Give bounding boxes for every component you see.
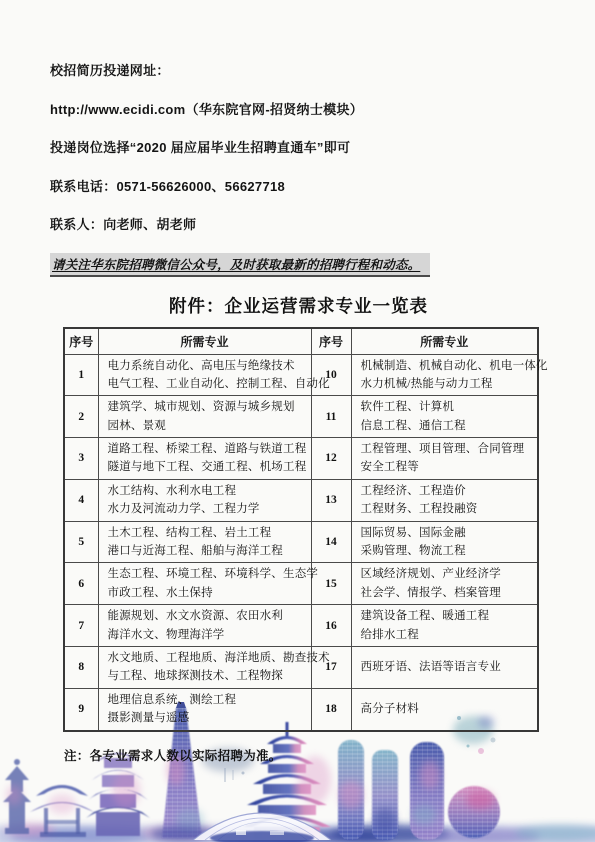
major-line: 道路工程、桥梁工程、道路与铁道工程 bbox=[108, 440, 307, 458]
major-cell: 地理信息系统、测绘工程摄影测量与遥感 bbox=[98, 688, 311, 730]
row-number-cell: 16 bbox=[311, 605, 351, 647]
major-line: 国际贸易、国际金融 bbox=[361, 524, 534, 542]
row-number-cell: 2 bbox=[64, 396, 98, 438]
table-note: 注：各专业需求人数以实际招聘为准。 bbox=[64, 746, 547, 764]
row-number-cell: 18 bbox=[311, 688, 351, 730]
row-number-cell: 1 bbox=[64, 354, 98, 396]
major-cell: 生态工程、环境工程、环境科学、生态学市政工程、水土保持 bbox=[98, 563, 311, 605]
major-line: 建筑设备工程、暖通工程 bbox=[361, 607, 534, 625]
major-cell: 软件工程、计算机信息工程、通信工程 bbox=[351, 396, 538, 438]
wechat-notice-wrap: 请关注华东院招聘微信公众号，及时获取最新的招聘行程和动态。 bbox=[50, 253, 547, 277]
header-serial-left: 序号 bbox=[64, 328, 98, 355]
resume-site-url: http://www.ecidi.com（华东院官网-招贤纳士模块） bbox=[50, 99, 547, 118]
major-cell: 土木工程、结构工程、岩土工程港口与近海工程、船舶与海洋工程 bbox=[98, 521, 311, 563]
major-line: 工程经济、工程造价 bbox=[361, 482, 534, 500]
major-line: 水力机械/热能与动力工程 bbox=[361, 375, 534, 393]
major-cell: 水文地质、工程地质、海洋地质、勘查技术与工程、地球探测技术、工程物探 bbox=[98, 646, 311, 688]
table-row: 4水工结构、水利水电工程水力及河流动力学、工程力学13工程经济、工程造价工程财务… bbox=[64, 479, 538, 521]
globe-building bbox=[448, 786, 500, 838]
major-line: 水文地质、工程地质、海洋地质、勘查技术 bbox=[108, 649, 307, 667]
major-line: 采购管理、物流工程 bbox=[361, 542, 534, 560]
major-line: 市政工程、水土保持 bbox=[108, 584, 307, 602]
row-number-cell: 5 bbox=[64, 521, 98, 563]
table-row: 8水文地质、工程地质、海洋地质、勘查技术与工程、地球探测技术、工程物探17西班牙… bbox=[64, 646, 538, 688]
major-cell: 区域经济规划、产业经济学社会学、情报学、档案管理 bbox=[351, 563, 538, 605]
major-line: 地理信息系统、测绘工程 bbox=[108, 691, 307, 709]
table-header-row: 序号 所需专业 序号 所需专业 bbox=[64, 328, 538, 355]
table-row: 6生态工程、环境工程、环境科学、生态学市政工程、水土保持15区域经济规划、产业经… bbox=[64, 563, 538, 605]
row-number-cell: 4 bbox=[64, 479, 98, 521]
table-row: 7能源规划、水文水资源、农田水利海洋水文、物理海洋学16建筑设备工程、暖通工程给… bbox=[64, 605, 538, 647]
major-line: 能源规划、水文水资源、农田水利 bbox=[108, 607, 307, 625]
major-cell: 高分子材料 bbox=[351, 688, 538, 730]
major-line: 安全工程等 bbox=[361, 458, 534, 476]
majors-table-body: 1电力系统自动化、高电压与绝缘技术电气工程、工业自动化、控制工程、自动化10机械… bbox=[64, 354, 538, 731]
resume-site-label: 校招简历投递网址： bbox=[50, 60, 547, 79]
major-cell: 机械制造、机械自动化、机电一体化水力机械/热能与动力工程 bbox=[351, 354, 538, 396]
table-row: 1电力系统自动化、高电压与绝缘技术电气工程、工业自动化、控制工程、自动化10机械… bbox=[64, 354, 538, 396]
major-line: 工程管理、项目管理、合同管理 bbox=[361, 440, 534, 458]
major-cell: 道路工程、桥梁工程、道路与铁道工程隧道与地下工程、交通工程、机场工程 bbox=[98, 438, 311, 480]
major-line: 电气工程、工业自动化、控制工程、自动化 bbox=[108, 375, 307, 393]
row-number-cell: 11 bbox=[311, 396, 351, 438]
header-serial-right: 序号 bbox=[311, 328, 351, 355]
table-row: 9地理信息系统、测绘工程摄影测量与遥感18高分子材料 bbox=[64, 688, 538, 730]
major-line: 水力及河流动力学、工程力学 bbox=[108, 500, 307, 518]
major-cell: 水工结构、水利水电工程水力及河流动力学、工程力学 bbox=[98, 479, 311, 521]
header-major-left: 所需专业 bbox=[98, 328, 311, 355]
major-line: 高分子材料 bbox=[361, 700, 534, 718]
arch-stadium bbox=[193, 813, 331, 842]
major-line: 园林、景观 bbox=[108, 417, 307, 435]
row-number-cell: 3 bbox=[64, 438, 98, 480]
major-cell: 建筑设备工程、暖通工程给排水工程 bbox=[351, 605, 538, 647]
major-cell: 西班牙语、法语等语言专业 bbox=[351, 646, 538, 688]
table-title: 附件：企业运营需求专业一览表 bbox=[50, 293, 547, 318]
wechat-notice-highlight: 请关注华东院招聘微信公众号，及时获取最新的招聘行程和动态。 bbox=[50, 253, 430, 277]
major-line: 海洋水文、物理海洋学 bbox=[108, 626, 307, 644]
major-line: 与工程、地球探测技术、工程物探 bbox=[108, 667, 307, 685]
major-line: 信息工程、通信工程 bbox=[361, 417, 534, 435]
majors-table: 序号 所需专业 序号 所需专业 1电力系统自动化、高电压与绝缘技术电气工程、工业… bbox=[63, 327, 539, 732]
major-cell: 电力系统自动化、高电压与绝缘技术电气工程、工业自动化、控制工程、自动化 bbox=[98, 354, 311, 396]
major-line: 机械制造、机械自动化、机电一体化 bbox=[361, 357, 534, 375]
major-line: 社会学、情报学、档案管理 bbox=[361, 584, 534, 602]
row-number-cell: 7 bbox=[64, 605, 98, 647]
document-page: 校招简历投递网址： http://www.ecidi.com（华东院官网-招贤纳… bbox=[0, 0, 595, 842]
row-number-cell: 12 bbox=[311, 438, 351, 480]
major-cell: 工程管理、项目管理、合同管理安全工程等 bbox=[351, 438, 538, 480]
row-number-cell: 9 bbox=[64, 688, 98, 730]
row-number-cell: 13 bbox=[311, 479, 351, 521]
major-cell: 建筑学、城市规划、资源与城乡规划园林、景观 bbox=[98, 396, 311, 438]
major-line: 土木工程、结构工程、岩土工程 bbox=[108, 524, 307, 542]
contact-person: 联系人：向老师、胡老师 bbox=[50, 214, 547, 233]
major-line: 区域经济规划、产业经济学 bbox=[361, 565, 534, 583]
major-line: 给排水工程 bbox=[361, 626, 534, 644]
header-major-right: 所需专业 bbox=[351, 328, 538, 355]
row-number-cell: 14 bbox=[311, 521, 351, 563]
row-number-cell: 8 bbox=[64, 646, 98, 688]
major-line: 工程财务、工程投融资 bbox=[361, 500, 534, 518]
major-line: 港口与近海工程、船舶与海洋工程 bbox=[108, 542, 307, 560]
major-line: 建筑学、城市规划、资源与城乡规划 bbox=[108, 398, 307, 416]
major-line: 摄影测量与遥感 bbox=[108, 709, 307, 727]
major-cell: 国际贸易、国际金融采购管理、物流工程 bbox=[351, 521, 538, 563]
major-line: 隧道与地下工程、交通工程、机场工程 bbox=[108, 458, 307, 476]
table-row: 2建筑学、城市规划、资源与城乡规划园林、景观11软件工程、计算机信息工程、通信工… bbox=[64, 396, 538, 438]
major-line: 软件工程、计算机 bbox=[361, 398, 534, 416]
major-cell: 工程经济、工程造价工程财务、工程投融资 bbox=[351, 479, 538, 521]
contact-phone: 联系电话：0571-56626000、56627718 bbox=[50, 176, 547, 195]
row-number-cell: 6 bbox=[64, 563, 98, 605]
major-line: 电力系统自动化、高电压与绝缘技术 bbox=[108, 357, 307, 375]
major-line: 西班牙语、法语等语言专业 bbox=[361, 658, 534, 676]
document-content: 校招简历投递网址： http://www.ecidi.com（华东院官网-招贤纳… bbox=[0, 0, 595, 764]
major-line: 水工结构、水利水电工程 bbox=[108, 482, 307, 500]
table-row: 3道路工程、桥梁工程、道路与铁道工程隧道与地下工程、交通工程、机场工程12工程管… bbox=[64, 438, 538, 480]
table-row: 5土木工程、结构工程、岩土工程港口与近海工程、船舶与海洋工程14国际贸易、国际金… bbox=[64, 521, 538, 563]
position-selection-instruction: 投递岗位选择“2020 届应届毕业生招聘直通车”即可 bbox=[50, 137, 547, 156]
major-line: 生态工程、环境工程、环境科学、生态学 bbox=[108, 565, 307, 583]
major-cell: 能源规划、水文水资源、农田水利海洋水文、物理海洋学 bbox=[98, 605, 311, 647]
